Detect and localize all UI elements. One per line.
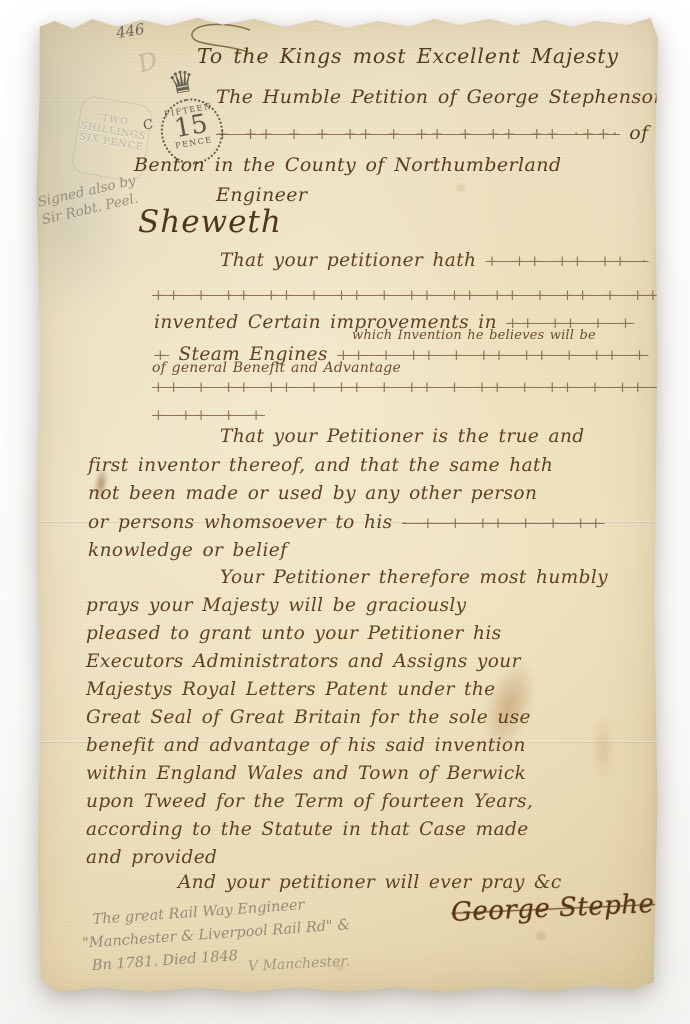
text-segment: Your Petitioner therefore most humbly bbox=[220, 567, 608, 588]
text-segment: of general Benefit and Advantage bbox=[152, 360, 401, 376]
strikethrough-deletion: + ++ + + ++ + ++ + ++ ++ ·++· bbox=[216, 125, 620, 143]
manuscript-line: prays your Majesty will be graciously bbox=[86, 595, 467, 616]
text-segment: according to the Statute in that Case ma… bbox=[86, 819, 529, 840]
manuscript-line: or persons whomsoever to his · + + ++ + … bbox=[88, 512, 605, 533]
foxing-spot bbox=[456, 184, 465, 192]
pencil-note-peel: Signed also by Sir Robt. Peel. bbox=[36, 172, 141, 230]
text-segment: pleased to grant unto your Petitioner hi… bbox=[86, 623, 502, 644]
strikethrough-deletion: + ++ + + bbox=[152, 406, 265, 424]
manuscript-line: Majestys Royal Letters Patent under the bbox=[86, 679, 496, 700]
manuscript-line: Your Petitioner therefore most humbly bbox=[220, 567, 608, 588]
manuscript-line: + ++ + + ++ + ++ + ++ ++ ·++· of Long bbox=[216, 122, 690, 144]
text-segment: of Long bbox=[629, 122, 690, 144]
text-segment: Sheweth bbox=[138, 204, 282, 240]
manuscript-line: benefit and advantage of his said invent… bbox=[86, 735, 526, 756]
manuscript-line: ++ + ++ ++ + ++ + ++ ++ ++ + ++ + ++ ++ bbox=[152, 284, 690, 305]
text-segment: Great Seal of Great Britain for the sole… bbox=[86, 707, 531, 728]
text-segment: prays your Majesty will be graciously bbox=[86, 595, 467, 616]
text-segment: Benton in the County of Northumberland bbox=[134, 154, 561, 176]
manuscript-line-address: To the Kings most Excellent Majesty bbox=[197, 44, 619, 68]
photo-backdrop: TWO SHILLINGS SIX PENCE ♛ C FIFTEEN 15 P… bbox=[0, 0, 690, 1024]
foxing-spot bbox=[536, 932, 546, 940]
text-segment: and provided bbox=[86, 847, 217, 868]
manuscript-line: pleased to grant unto your Petitioner hi… bbox=[86, 623, 502, 644]
text-segment: And your petitioner will ever pray &c bbox=[178, 872, 562, 893]
text-segment: That your petitioner hath bbox=[220, 250, 486, 271]
manuscript-line-closing: And your petitioner will ever pray &c bbox=[178, 872, 562, 893]
text-segment: knowledge or belief bbox=[88, 540, 287, 561]
text-segment: or persons whomsoever to his bbox=[88, 512, 402, 533]
manuscript-line: ++ + ++ ++ + ++ + ++ + ++ + ++ + ++ ++ bbox=[152, 376, 689, 397]
manuscript-interline-insertion: of general Benefit and Advantage bbox=[152, 360, 401, 376]
manuscript-interline-insertion: which Invention he believes will be bbox=[352, 328, 596, 343]
manuscript-line: That your petitioner hath + ++ ++ ++ · bbox=[220, 250, 649, 271]
duty-stamp-side-mark: C bbox=[142, 117, 154, 134]
text-segment: Engineer bbox=[216, 184, 307, 206]
manuscript-line: That your Petitioner is the true and bbox=[220, 426, 585, 447]
manuscript-line: within England Wales and Town of Berwick bbox=[86, 763, 526, 784]
text-segment: which Invention he believes will be bbox=[352, 328, 596, 343]
strikethrough-deletion: ++ + ++ ++ + ++ + ++ + ++ + ++ + ++ ++ bbox=[152, 378, 689, 396]
text-segment: Executors Administrators and Assigns you… bbox=[86, 651, 521, 672]
manuscript-line: Great Seal of Great Britain for the sole… bbox=[86, 707, 531, 728]
catalog-number: 446 bbox=[115, 20, 146, 42]
text-segment: To the Kings most Excellent Majesty bbox=[197, 44, 619, 68]
corner-letter-mark: D bbox=[134, 46, 161, 79]
petition-paper: TWO SHILLINGS SIX PENCE ♛ C FIFTEEN 15 P… bbox=[36, 14, 658, 996]
manuscript-line: Engineer bbox=[216, 184, 307, 206]
text-segment: benefit and advantage of his said invent… bbox=[86, 735, 526, 756]
text-segment: upon Tweed for the Term of fourteen Year… bbox=[86, 791, 533, 812]
text-segment: The Humble Petition of George Stephenson bbox=[216, 86, 666, 108]
strikethrough-deletion: + ++ ++ ++ · bbox=[486, 252, 649, 270]
manuscript-line: + ++ + + bbox=[152, 404, 265, 425]
tan-stain bbox=[592, 714, 614, 784]
text-segment: Majestys Royal Letters Patent under the bbox=[86, 679, 496, 700]
manuscript-line-title: The Humble Petition of George Stephenson bbox=[216, 86, 666, 108]
text-segment: That your Petitioner is the true and bbox=[220, 426, 585, 447]
paper-shadow-wrap: TWO SHILLINGS SIX PENCE ♛ C FIFTEEN 15 P… bbox=[0, 0, 690, 1024]
strikethrough-deletion: · + + ++ + + ++ bbox=[402, 514, 605, 532]
text-segment: not been made or used by any other perso… bbox=[88, 483, 537, 504]
manuscript-line: first inventor thereof, and that the sam… bbox=[88, 455, 553, 476]
manuscript-line: according to the Statute in that Case ma… bbox=[86, 819, 529, 840]
text-segment: first inventor thereof, and that the sam… bbox=[88, 455, 553, 476]
manuscript-line: upon Tweed for the Term of fourteen Year… bbox=[86, 791, 533, 812]
manuscript-line: not been made or used by any other perso… bbox=[88, 483, 537, 504]
manuscript-line: Executors Administrators and Assigns you… bbox=[86, 651, 521, 672]
manuscript-line: knowledge or belief bbox=[88, 540, 287, 561]
manuscript-line: and provided bbox=[86, 847, 217, 868]
crown-icon: ♛ bbox=[166, 63, 199, 102]
strikethrough-deletion: ++ + ++ ++ + ++ + ++ ++ ++ + ++ + ++ ++ bbox=[152, 286, 690, 304]
text-segment: within England Wales and Town of Berwick bbox=[86, 763, 526, 784]
manuscript-line-sheweth: Sheweth bbox=[138, 204, 282, 240]
manuscript-line: Benton in the County of Northumberland bbox=[134, 154, 561, 176]
